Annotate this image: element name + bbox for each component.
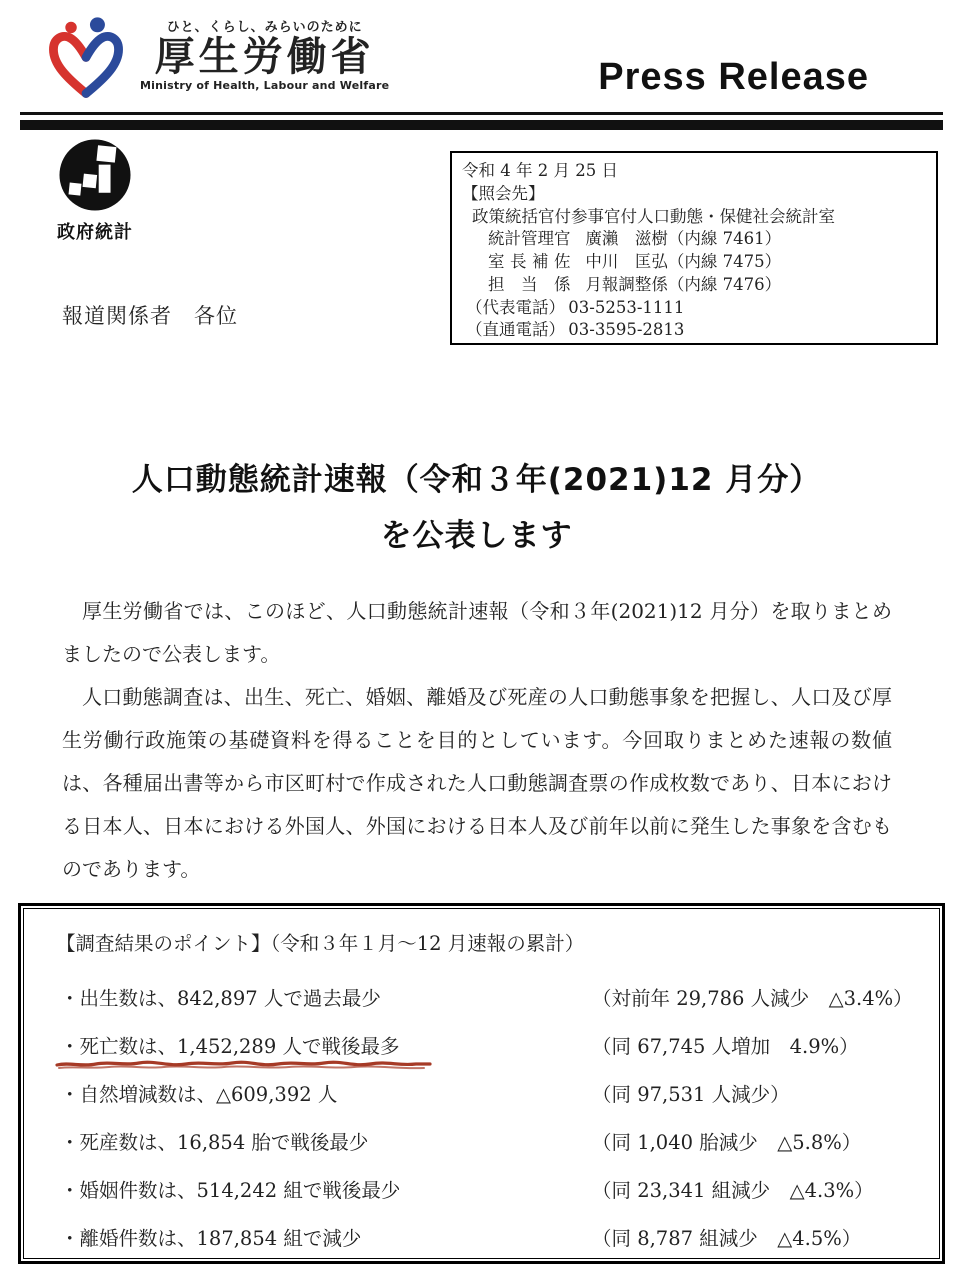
point-row-deaths: ・死亡数は、1,452,289 人で戦後最多 （同 67,745 人増加 4.9… (52, 1032, 911, 1062)
point-row-natural-change: ・自然増減数は、△609,392 人 （同 97,531 人減少） (52, 1080, 911, 1110)
gov-stats-label: 政府統計 (55, 218, 135, 244)
phone-row: （直通電話）03-3595-2813 (462, 319, 926, 342)
contact-office: 政策統括官付参事官付人口動態・保健社会統計室 (462, 206, 926, 229)
contact-heading: 【照会先】 (462, 183, 926, 206)
document-title-line1: 人口動態統計速報（令和３年(2021)12 月分） (0, 452, 953, 508)
point-row-marriages: ・婚姻件数は、514,242 組で戦後最少 （同 23,341 組減少 △4.3… (52, 1176, 911, 1206)
mhlw-logo: ひと、くらし、みらいのために 厚生労働省 Ministry of Health,… (42, 16, 389, 104)
body-text: 厚生労働省では、このほど、人口動態統計速報（令和３年(2021)12 月分）を取… (62, 590, 892, 891)
gov-stats-logo: 政府統計 (55, 138, 135, 244)
point-right: （同 97,531 人減少） (592, 1080, 790, 1110)
staff-row: 担当係月報調整係（内線 7476） (462, 274, 926, 297)
staff-row: 統計管理官廣瀨 滋樹（内線 7461） (462, 228, 926, 251)
ministry-name-en: Ministry of Health, Labour and Welfare (140, 79, 389, 92)
staff-name: 中川 匡弘（内線 7475） (585, 252, 781, 271)
points-heading: 【調査結果のポイント】（令和３年１月～12 月速報の累計） (52, 929, 911, 959)
point-left: ・死亡数は、1,452,289 人で戦後最多 (60, 1032, 399, 1062)
phone-label: （直通電話） (466, 320, 565, 339)
point-left: ・離婚件数は、187,854 組で減少 (60, 1224, 361, 1254)
staff-name: 廣瀨 滋樹（内線 7461） (585, 229, 781, 248)
press-release-page: ひと、くらし、みらいのために 厚生労働省 Ministry of Health,… (0, 0, 953, 1280)
staff-role: 担当係 (488, 274, 571, 297)
staff-role: 室長補佐 (488, 251, 571, 274)
point-left: ・婚姻件数は、514,242 組で戦後最少 (60, 1176, 400, 1206)
body-paragraph-2: 人口動態調査は、出生、死亡、婚姻、離婚及び死産の人口動態事象を把握し、人口及び厚… (62, 676, 892, 891)
mhlw-tagline: ひと、くらし、みらいのために (140, 16, 389, 35)
divider-thick-rule (20, 120, 943, 130)
divider-thin-rule (20, 112, 943, 115)
phone-row: （代表電話）03-5253-1111 (462, 297, 926, 320)
staff-name: 月報調整係（内線 7476） (585, 275, 781, 294)
point-left: ・出生数は、842,897 人で過去最少 (60, 984, 381, 1014)
contact-box: 令和 4 年 2 月 25 日 【照会先】 政策統括官付参事官付人口動態・保健社… (450, 151, 938, 345)
press-release-title: Press Release (598, 56, 869, 99)
point-row-births: ・出生数は、842,897 人で過去最少 （対前年 29,786 人減少 △3.… (52, 984, 911, 1014)
point-right: （同 23,341 組減少 △4.3%） (592, 1176, 874, 1206)
point-right: （同 8,787 組減少 △4.5%） (592, 1224, 861, 1254)
document-title: 人口動態統計速報（令和３年(2021)12 月分） を公表します (0, 452, 953, 565)
mhlw-heart-icon (42, 16, 130, 104)
points-box-inner: 【調査結果のポイント】（令和３年１月～12 月速報の累計） ・出生数は、842,… (23, 908, 940, 1259)
phone-label: （代表電話） (466, 298, 565, 317)
point-right: （対前年 29,786 人減少 △3.4%） (592, 984, 913, 1014)
contact-date: 令和 4 年 2 月 25 日 (462, 160, 926, 183)
point-row-divorces: ・離婚件数は、187,854 組で減少 （同 8,787 組減少 △4.5%） (52, 1224, 911, 1254)
point-right: （同 1,040 胎減少 △5.8%） (592, 1128, 861, 1158)
red-marker-underline (54, 1059, 434, 1070)
point-left: ・死産数は、16,854 胎で戦後最少 (60, 1128, 368, 1158)
mhlw-logo-text: ひと、くらし、みらいのために 厚生労働省 Ministry of Health,… (140, 16, 389, 92)
stats-stairs-icon (58, 138, 132, 212)
phone-number: 03-5253-1111 (568, 298, 684, 317)
body-paragraph-1: 厚生労働省では、このほど、人口動態統計速報（令和３年(2021)12 月分）を取… (62, 590, 892, 676)
staff-role: 統計管理官 (488, 228, 571, 251)
document-title-line2: を公表します (0, 508, 953, 564)
phone-number: 03-3595-2813 (568, 320, 684, 339)
points-box: 【調査結果のポイント】（令和３年１月～12 月速報の累計） ・出生数は、842,… (18, 903, 945, 1264)
point-right: （同 67,745 人増加 4.9%） (592, 1032, 859, 1062)
point-row-stillbirths: ・死産数は、16,854 胎で戦後最少 （同 1,040 胎減少 △5.8%） (52, 1128, 911, 1158)
staff-row: 室長補佐中川 匡弘（内線 7475） (462, 251, 926, 274)
point-left: ・自然増減数は、△609,392 人 (60, 1080, 337, 1110)
addressee: 報道関係者 各位 (62, 300, 238, 330)
ministry-name: 厚生労働省 (140, 35, 389, 79)
